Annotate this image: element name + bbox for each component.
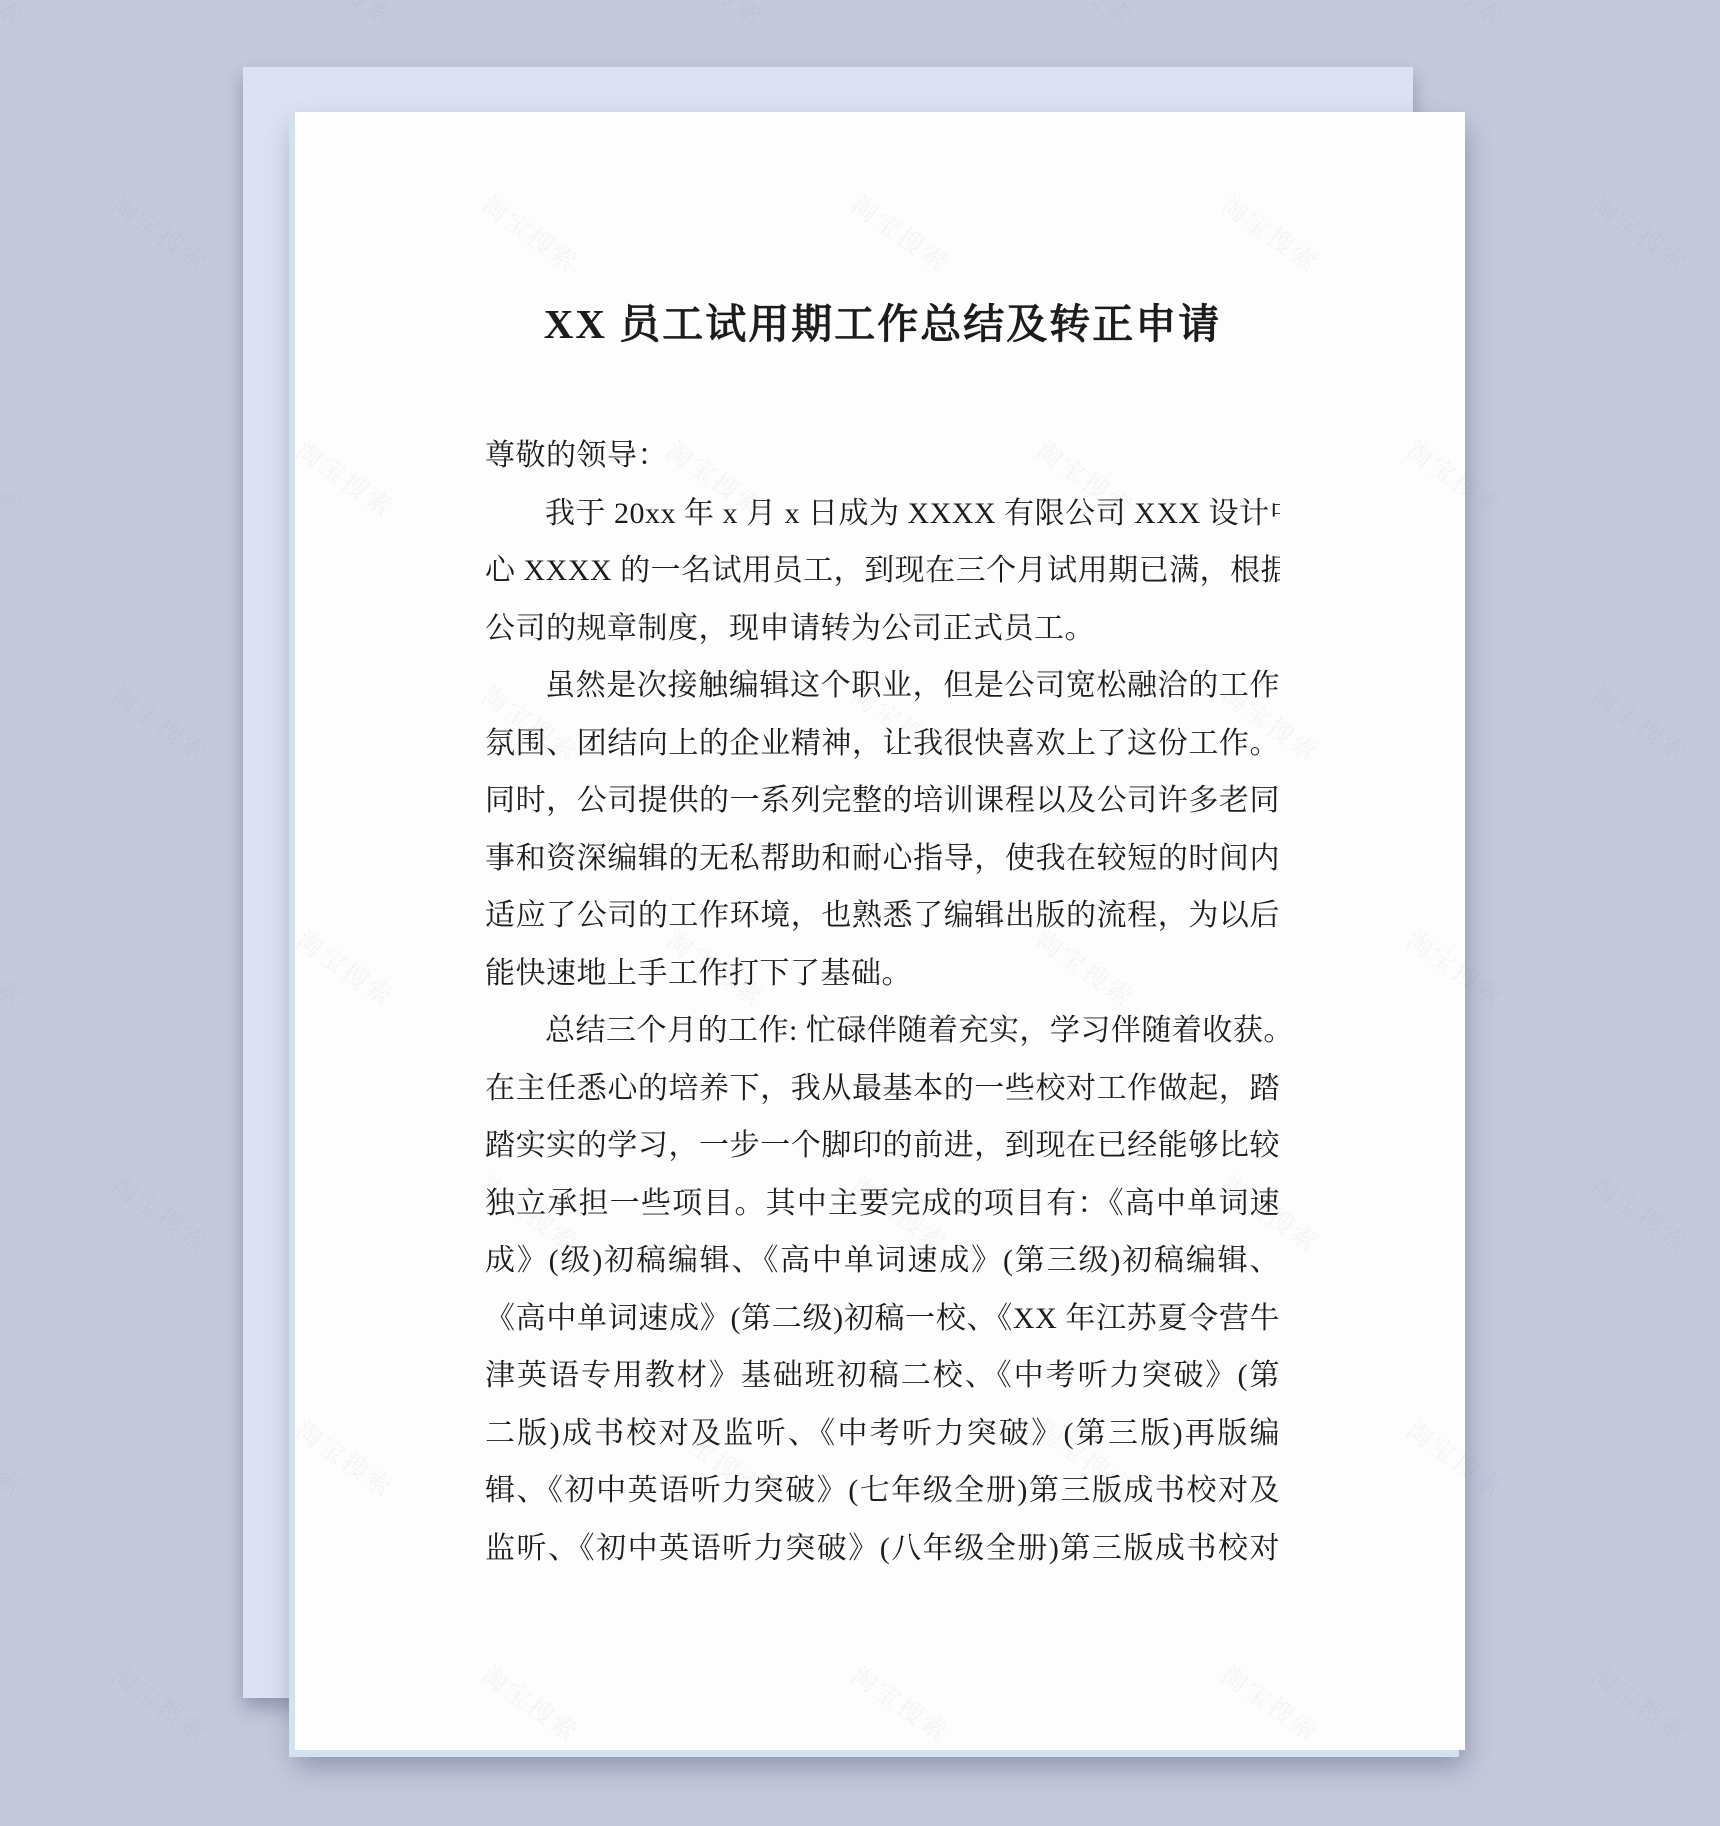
- document-line: 心 XXXX 的一名试用员工，到现在三个月试用期已满，根据: [485, 542, 1280, 600]
- watermark-text: 淘宝搜索: [1585, 1166, 1697, 1260]
- watermark-text: 淘宝搜索: [1400, 0, 1512, 35]
- document-line: 公司的规章制度，现申请转为公司正式员工。: [485, 600, 1280, 658]
- document-line: 事和资深编辑的无私帮助和耐心指导，使我在较短的时间内: [485, 830, 1280, 888]
- document-line: 总结三个月的工作: 忙碌伴随着充实，学习伴随着收获。: [485, 1002, 1280, 1060]
- document-line: 踏实实的学习，一步一个脚印的前进，到现在已经能够比较: [485, 1117, 1280, 1175]
- watermark-text: 淘宝搜索: [1585, 676, 1697, 770]
- watermark-text: 淘宝搜索: [1585, 186, 1697, 280]
- document-line: 辑、《初中英语听力突破》(七年级全册)第三版成书校对及: [485, 1462, 1280, 1520]
- document-line: 氛围、团结向上的企业精神，让我很快喜欢上了这份工作。: [485, 715, 1280, 773]
- watermark-text: 淘宝搜索: [105, 1166, 217, 1260]
- watermark-text: 淘宝搜索: [290, 0, 402, 35]
- document-body: 我于 20xx 年 x 月 x 日成为 XXXX 有限公司 XXX 设计中心 X…: [485, 485, 1280, 1578]
- watermark-text: 淘宝搜索: [0, 0, 32, 35]
- document-title: XX 员工试用期工作总结及转正申请: [485, 297, 1280, 352]
- document-page: XX 员工试用期工作总结及转正申请 尊敬的领导： 我于 20xx 年 x 月 x…: [295, 112, 1465, 1750]
- watermark-text: 淘宝搜索: [660, 0, 772, 35]
- watermark-text: 淘宝搜索: [0, 921, 32, 1015]
- document-line: 同时，公司提供的一系列完整的培训课程以及公司许多老同: [485, 772, 1280, 830]
- document-line: 监听、《初中英语听力突破》(八年级全册)第三版成书校对: [485, 1520, 1280, 1578]
- document-line: 虽然是次接触编辑这个职业，但是公司宽松融洽的工作: [485, 657, 1280, 715]
- document-line: 成》(级)初稿编辑、《高中单词速成》(第三级)初稿编辑、: [485, 1232, 1280, 1290]
- watermark-text: 淘宝搜索: [105, 186, 217, 280]
- document-line: 《高中单词速成》(第二级)初稿一校、《XX 年江苏夏令营牛: [485, 1290, 1280, 1348]
- watermark-text: 淘宝搜索: [0, 1411, 32, 1505]
- document-line: 二版)成书校对及监听、《中考听力突破》(第三版)再版编: [485, 1405, 1280, 1463]
- document-line: 独立承担一些项目。其中主要完成的项目有：《高中单词速: [485, 1175, 1280, 1233]
- page-content: XX 员工试用期工作总结及转正申请 尊敬的领导： 我于 20xx 年 x 月 x…: [295, 112, 1465, 1577]
- desktop-background: XX 员工试用期工作总结及转正申请 尊敬的领导： 我于 20xx 年 x 月 x…: [0, 0, 1720, 1826]
- salutation-line: 尊敬的领导：: [485, 427, 1280, 485]
- watermark-text: 淘宝搜索: [105, 1656, 217, 1750]
- watermark-text: 淘宝搜索: [105, 676, 217, 770]
- watermark-text: 淘宝搜索: [1585, 1656, 1697, 1750]
- document-line: 我于 20xx 年 x 月 x 日成为 XXXX 有限公司 XXX 设计中: [485, 485, 1280, 543]
- watermark-text: 淘宝搜索: [1030, 0, 1142, 35]
- document-line: 在主任悉心的培养下，我从最基本的一些校对工作做起，踏: [485, 1060, 1280, 1118]
- document-line: 能快速地上手工作打下了基础。: [485, 945, 1280, 1003]
- watermark-text: 淘宝搜索: [0, 431, 32, 525]
- document-line: 适应了公司的工作环境，也熟悉了编辑出版的流程，为以后: [485, 887, 1280, 945]
- document-line: 津英语专用教材》基础班初稿二校、《中考听力突破》(第: [485, 1347, 1280, 1405]
